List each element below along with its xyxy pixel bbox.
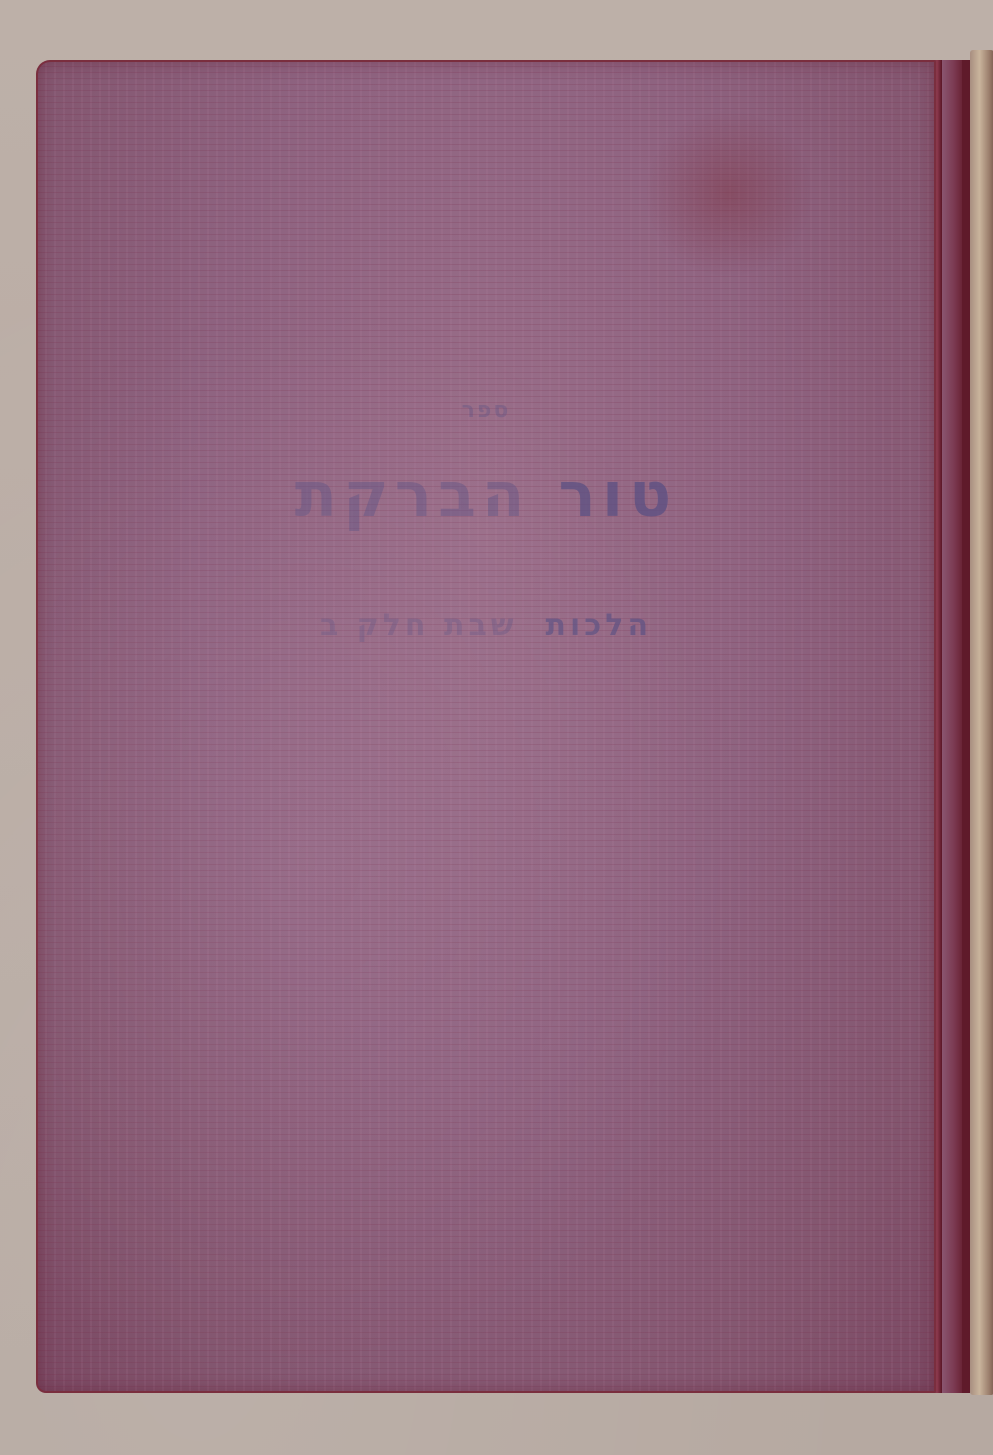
spine-hinge: [942, 60, 962, 1393]
title-word-1: טור: [559, 458, 678, 531]
cover-prefix: ספר: [36, 398, 936, 423]
subtitle-word-1: הלכות: [546, 608, 653, 643]
spine-edge: [970, 50, 993, 1395]
cover-subtitle: הלכותשבת חלק ב: [36, 608, 936, 643]
spine-groove: [962, 60, 970, 1393]
book-cover: ספר טורהברקת הלכותשבת חלק ב: [36, 60, 936, 1393]
subtitle-word-2: שבת חלק ב: [320, 608, 518, 643]
title-word-2: הברקת: [295, 458, 531, 531]
cover-title: טורהברקת: [36, 458, 936, 531]
book: ספר טורהברקת הלכותשבת חלק ב: [36, 60, 993, 1395]
